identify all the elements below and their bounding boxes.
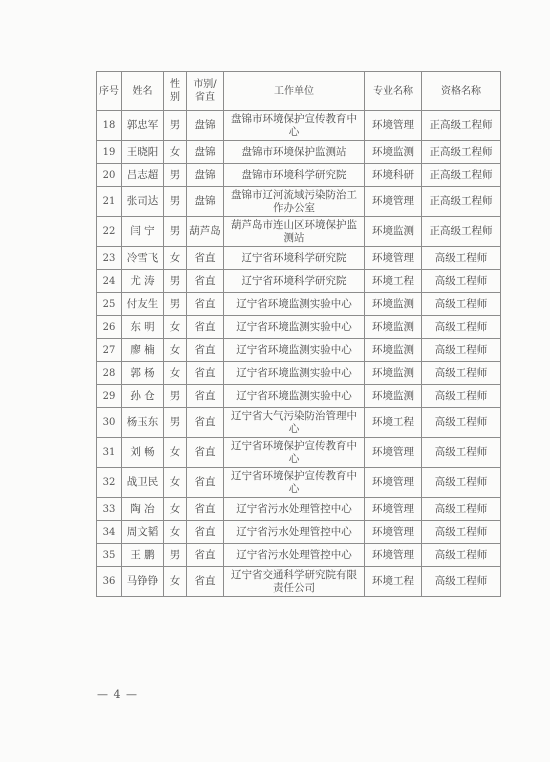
cell-gender: 女 — [164, 438, 187, 468]
cell-major: 环境监测 — [365, 217, 422, 247]
cell-city: 省直 — [187, 438, 224, 468]
cell-unit: 辽宁省环境监测实验中心 — [224, 362, 365, 385]
cell-major: 环境管理 — [365, 521, 422, 544]
cell-name: 王 鹏 — [122, 544, 164, 567]
cell-gender: 男 — [164, 293, 187, 316]
cell-qualification: 高级工程师 — [422, 408, 501, 438]
cell-city: 盘锦 — [187, 164, 224, 187]
page-number: — 4 — — [97, 688, 138, 701]
cell-unit: 辽宁省环境保护宣传教育中心 — [224, 438, 365, 468]
cell-gender: 男 — [164, 111, 187, 141]
cell-no: 26 — [97, 316, 122, 339]
cell-major: 环境工程 — [365, 567, 422, 597]
cell-no: 28 — [97, 362, 122, 385]
cell-city: 省直 — [187, 247, 224, 270]
cell-gender: 女 — [164, 141, 187, 164]
cell-name: 廖 楠 — [122, 339, 164, 362]
cell-major: 环境监测 — [365, 293, 422, 316]
cell-gender: 男 — [164, 270, 187, 293]
cell-qualification: 高级工程师 — [422, 270, 501, 293]
cell-major: 环境管理 — [365, 187, 422, 217]
cell-name: 闫 宁 — [122, 217, 164, 247]
table-body: 18郭忠军男盘锦盘锦市环境保护宣传教育中心环境管理正高级工程师19王晓阳女盘锦盘… — [97, 111, 501, 597]
cell-city: 省直 — [187, 498, 224, 521]
cell-no: 30 — [97, 408, 122, 438]
cell-major: 环境监测 — [365, 339, 422, 362]
cell-name: 杨玉东 — [122, 408, 164, 438]
cell-city: 省直 — [187, 408, 224, 438]
cell-name: 付友生 — [122, 293, 164, 316]
cell-no: 29 — [97, 385, 122, 408]
cell-major: 环境管理 — [365, 498, 422, 521]
cell-qualification: 正高级工程师 — [422, 141, 501, 164]
cell-qualification: 高级工程师 — [422, 521, 501, 544]
table-row: 24尤 涛男省直辽宁省环境科学研究院环境工程高级工程师 — [97, 270, 501, 293]
cell-city: 省直 — [187, 468, 224, 498]
cell-qualification: 正高级工程师 — [422, 111, 501, 141]
table-row: 28郭 杨女省直辽宁省环境监测实验中心环境监测高级工程师 — [97, 362, 501, 385]
cell-no: 23 — [97, 247, 122, 270]
table-row: 26东 明女省直辽宁省环境监测实验中心环境监测高级工程师 — [97, 316, 501, 339]
cell-unit: 辽宁省环境监测实验中心 — [224, 293, 365, 316]
cell-qualification: 高级工程师 — [422, 567, 501, 597]
cell-unit: 盘锦市环境科学研究院 — [224, 164, 365, 187]
cell-gender: 女 — [164, 567, 187, 597]
header-gender: 性别 — [164, 72, 187, 111]
cell-name: 战卫民 — [122, 468, 164, 498]
cell-city: 省直 — [187, 567, 224, 597]
cell-qualification: 高级工程师 — [422, 293, 501, 316]
cell-unit: 辽宁省环境科学研究院 — [224, 247, 365, 270]
cell-name: 孙 仓 — [122, 385, 164, 408]
cell-gender: 女 — [164, 339, 187, 362]
cell-major: 环境工程 — [365, 270, 422, 293]
cell-unit: 辽宁省环境科学研究院 — [224, 270, 365, 293]
cell-major: 环境管理 — [365, 247, 422, 270]
cell-unit: 辽宁省环境监测实验中心 — [224, 385, 365, 408]
cell-city: 省直 — [187, 316, 224, 339]
header-no: 序号 — [97, 72, 122, 111]
cell-gender: 男 — [164, 408, 187, 438]
cell-qualification: 高级工程师 — [422, 316, 501, 339]
table-header-row: 序号 姓名 性别 市别/省直 工作单位 专业名称 资格名称 — [97, 72, 501, 111]
table-row: 29孙 仓男省直辽宁省环境监测实验中心环境监测高级工程师 — [97, 385, 501, 408]
cell-name: 张司达 — [122, 187, 164, 217]
cell-name: 东 明 — [122, 316, 164, 339]
header-name: 姓名 — [122, 72, 164, 111]
cell-unit: 辽宁省环境监测实验中心 — [224, 316, 365, 339]
cell-gender: 男 — [164, 544, 187, 567]
header-city: 市别/省直 — [187, 72, 224, 111]
cell-qualification: 正高级工程师 — [422, 217, 501, 247]
cell-unit: 辽宁省环境保护宣传教育中心 — [224, 468, 365, 498]
cell-no: 18 — [97, 111, 122, 141]
cell-name: 尤 涛 — [122, 270, 164, 293]
cell-qualification: 高级工程师 — [422, 544, 501, 567]
table-row: 18郭忠军男盘锦盘锦市环境保护宣传教育中心环境管理正高级工程师 — [97, 111, 501, 141]
cell-city: 省直 — [187, 293, 224, 316]
cell-qualification: 高级工程师 — [422, 468, 501, 498]
cell-no: 32 — [97, 468, 122, 498]
cell-gender: 男 — [164, 187, 187, 217]
cell-name: 郭忠军 — [122, 111, 164, 141]
cell-name: 郭 杨 — [122, 362, 164, 385]
cell-city: 葫芦岛 — [187, 217, 224, 247]
cell-major: 环境管理 — [365, 438, 422, 468]
personnel-table: 序号 姓名 性别 市别/省直 工作单位 专业名称 资格名称 18郭忠军男盘锦盘锦… — [96, 71, 501, 597]
cell-unit: 辽宁省污水处理管控中心 — [224, 498, 365, 521]
table-row: 23冷雪飞女省直辽宁省环境科学研究院环境管理高级工程师 — [97, 247, 501, 270]
cell-no: 22 — [97, 217, 122, 247]
cell-no: 24 — [97, 270, 122, 293]
table-row: 33陶 冶女省直辽宁省污水处理管控中心环境管理高级工程师 — [97, 498, 501, 521]
cell-gender: 男 — [164, 217, 187, 247]
cell-qualification: 高级工程师 — [422, 339, 501, 362]
table-row: 27廖 楠女省直辽宁省环境监测实验中心环境监测高级工程师 — [97, 339, 501, 362]
cell-unit: 盘锦市环境保护监测站 — [224, 141, 365, 164]
table-row: 19王晓阳女盘锦盘锦市环境保护监测站环境监测正高级工程师 — [97, 141, 501, 164]
cell-name: 王晓阳 — [122, 141, 164, 164]
cell-city: 盘锦 — [187, 187, 224, 217]
cell-city: 省直 — [187, 385, 224, 408]
cell-no: 33 — [97, 498, 122, 521]
table-row: 34周文韬女省直辽宁省污水处理管控中心环境管理高级工程师 — [97, 521, 501, 544]
cell-gender: 女 — [164, 468, 187, 498]
cell-gender: 女 — [164, 498, 187, 521]
cell-gender: 男 — [164, 164, 187, 187]
cell-name: 周文韬 — [122, 521, 164, 544]
cell-unit: 盘锦市环境保护宣传教育中心 — [224, 111, 365, 141]
cell-unit: 盘锦市辽河流域污染防治工作办公室 — [224, 187, 365, 217]
cell-major: 环境监测 — [365, 385, 422, 408]
cell-qualification: 高级工程师 — [422, 362, 501, 385]
cell-qualification: 高级工程师 — [422, 247, 501, 270]
cell-unit: 辽宁省交通科学研究院有限责任公司 — [224, 567, 365, 597]
cell-unit: 辽宁省污水处理管控中心 — [224, 544, 365, 567]
table-row: 25付友生男省直辽宁省环境监测实验中心环境监测高级工程师 — [97, 293, 501, 316]
header-major: 专业名称 — [365, 72, 422, 111]
cell-no: 20 — [97, 164, 122, 187]
cell-gender: 女 — [164, 247, 187, 270]
cell-city: 省直 — [187, 521, 224, 544]
cell-qualification: 高级工程师 — [422, 438, 501, 468]
cell-city: 省直 — [187, 339, 224, 362]
cell-unit: 辽宁省大气污染防治管理中心 — [224, 408, 365, 438]
cell-no: 25 — [97, 293, 122, 316]
table-row: 20吕志超男盘锦盘锦市环境科学研究院环境科研正高级工程师 — [97, 164, 501, 187]
cell-unit: 葫芦岛市连山区环境保护监测站 — [224, 217, 365, 247]
cell-name: 马铮铮 — [122, 567, 164, 597]
cell-no: 19 — [97, 141, 122, 164]
cell-city: 省直 — [187, 544, 224, 567]
cell-city: 省直 — [187, 270, 224, 293]
cell-major: 环境工程 — [365, 408, 422, 438]
cell-no: 21 — [97, 187, 122, 217]
cell-major: 环境管理 — [365, 544, 422, 567]
cell-qualification: 高级工程师 — [422, 385, 501, 408]
header-unit: 工作单位 — [224, 72, 365, 111]
cell-major: 环境监测 — [365, 362, 422, 385]
table-row: 31刘 畅女省直辽宁省环境保护宣传教育中心环境管理高级工程师 — [97, 438, 501, 468]
cell-unit: 辽宁省污水处理管控中心 — [224, 521, 365, 544]
cell-major: 环境管理 — [365, 468, 422, 498]
cell-major: 环境监测 — [365, 316, 422, 339]
cell-gender: 女 — [164, 362, 187, 385]
cell-qualification: 高级工程师 — [422, 498, 501, 521]
cell-qualification: 正高级工程师 — [422, 187, 501, 217]
cell-no: 34 — [97, 521, 122, 544]
cell-no: 27 — [97, 339, 122, 362]
cell-no: 31 — [97, 438, 122, 468]
table-row: 21张司达男盘锦盘锦市辽河流域污染防治工作办公室环境管理正高级工程师 — [97, 187, 501, 217]
cell-name: 吕志超 — [122, 164, 164, 187]
table-row: 30杨玉东男省直辽宁省大气污染防治管理中心环境工程高级工程师 — [97, 408, 501, 438]
cell-major: 环境管理 — [365, 111, 422, 141]
cell-city: 盘锦 — [187, 111, 224, 141]
cell-qualification: 正高级工程师 — [422, 164, 501, 187]
table-row: 32战卫民女省直辽宁省环境保护宣传教育中心环境管理高级工程师 — [97, 468, 501, 498]
cell-city: 省直 — [187, 362, 224, 385]
cell-no: 36 — [97, 567, 122, 597]
table-row: 35王 鹏男省直辽宁省污水处理管控中心环境管理高级工程师 — [97, 544, 501, 567]
cell-gender: 女 — [164, 316, 187, 339]
cell-name: 冷雪飞 — [122, 247, 164, 270]
table-row: 22闫 宁男葫芦岛葫芦岛市连山区环境保护监测站环境监测正高级工程师 — [97, 217, 501, 247]
cell-city: 盘锦 — [187, 141, 224, 164]
header-qualification: 资格名称 — [422, 72, 501, 111]
table-row: 36马铮铮女省直辽宁省交通科学研究院有限责任公司环境工程高级工程师 — [97, 567, 501, 597]
cell-name: 刘 畅 — [122, 438, 164, 468]
cell-major: 环境监测 — [365, 141, 422, 164]
cell-gender: 男 — [164, 385, 187, 408]
cell-name: 陶 冶 — [122, 498, 164, 521]
cell-gender: 女 — [164, 521, 187, 544]
cell-unit: 辽宁省环境监测实验中心 — [224, 339, 365, 362]
cell-major: 环境科研 — [365, 164, 422, 187]
cell-no: 35 — [97, 544, 122, 567]
